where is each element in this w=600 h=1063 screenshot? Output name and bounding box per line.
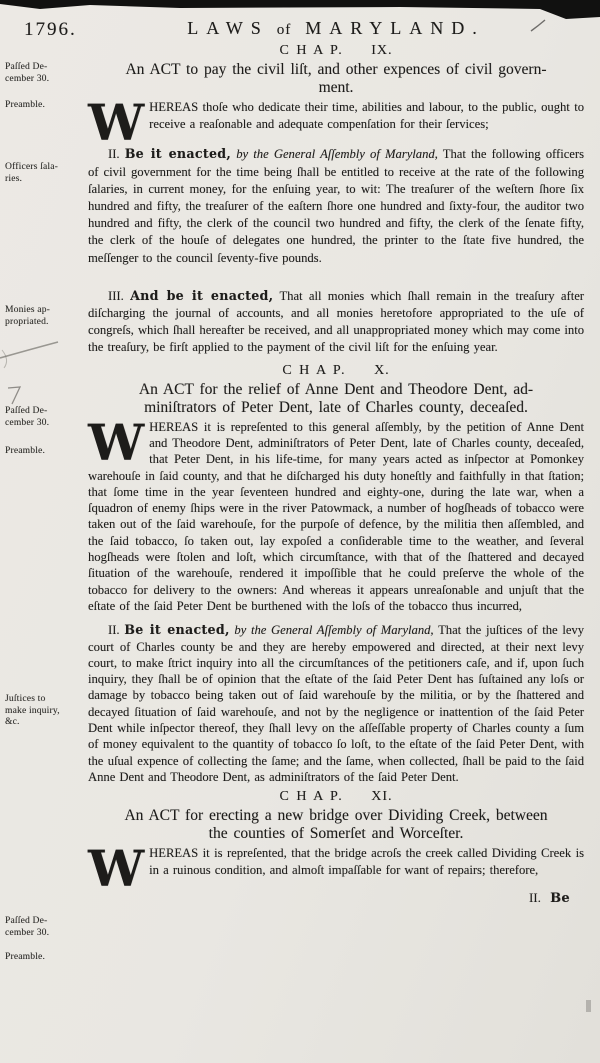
margin-note-monies-appropriated: Monies ap- propriated.: [5, 305, 85, 328]
chapter-heading-9: C H A P. IX.: [88, 43, 584, 59]
margin-note-line: make inquiry,: [5, 706, 85, 718]
margin-note-line: &c.: [5, 717, 85, 729]
chapter-heading-11: C H A P. XI.: [88, 789, 584, 805]
section-text: That the juſtices of the levy court of C…: [88, 623, 584, 784]
margin-note-justices-inquiry: Juſtices to make inquiry, &c.: [5, 694, 85, 729]
chapter-heading-label: C H A P.: [279, 789, 343, 804]
catchword: Be: [550, 891, 570, 906]
chapter-heading-label: C H A P.: [279, 43, 343, 58]
preamble-text: HEREAS thoſe who dedicate their time, ab…: [149, 100, 584, 131]
margin-note-line: ries.: [5, 174, 85, 186]
section-paragraph-9-2: II. Be it enacted, by the General Aſſemb…: [88, 145, 584, 266]
preamble-text: HEREAS it is repreſented, that the bridg…: [149, 846, 584, 877]
margin-note-line: cember 30.: [5, 418, 85, 430]
chapter-heading-label: C H A P.: [282, 363, 346, 378]
section-text: That the following officers of civil gov…: [88, 147, 584, 264]
catchword-line: II. Be: [88, 890, 584, 906]
enacting-authority: by the General Aſſembly of Maryland,: [234, 623, 433, 637]
margin-note-line: cember 30.: [5, 928, 85, 940]
margin-note-line: Preamble.: [5, 952, 85, 964]
chapter-heading-10: C H A P. X.: [88, 363, 584, 379]
section-number: III.: [108, 289, 124, 303]
margin-note-line: Paſſed De-: [5, 62, 85, 74]
section-paragraph-10-2: II. Be it enacted, by the General Aſſemb…: [88, 622, 584, 785]
page-year: 1796.: [24, 19, 77, 41]
act-title-line: miniſtrators of Peter Dent, late of Char…: [88, 399, 584, 417]
margin-note-line: propriated.: [5, 317, 85, 329]
margin-note-line: Officers ſala-: [5, 162, 85, 174]
preamble-paragraph-9: W HEREAS thoſe who dedicate their time, …: [88, 99, 584, 133]
chapter-heading-numeral: IX.: [371, 43, 392, 58]
act-title-line: An ACT for the relief of Anne Dent and T…: [88, 381, 584, 399]
preamble-paragraph-11: W HEREAS it is repreſented, that the bri…: [88, 845, 584, 879]
margin-note-preamble-chap9: Preamble.: [5, 100, 85, 112]
margin-note-passed-chap9: Paſſed De- cember 30.: [5, 62, 85, 85]
margin-note-line: Preamble.: [5, 100, 85, 112]
preamble-text: HEREAS it is repreſented to this general…: [88, 420, 584, 613]
chapter-heading-numeral: XI.: [371, 789, 392, 804]
act-title-11: An ACT for erecting a new bridge over Di…: [88, 807, 584, 843]
running-head-laws: LAWS: [187, 18, 269, 38]
margin-note-officers-salaries: Officers ſala- ries.: [5, 162, 85, 185]
enacting-authority: by the General Aſſembly of Maryland,: [236, 147, 438, 161]
margin-note-line: Preamble.: [5, 446, 85, 458]
scan-artifact-left-smudge: [0, 320, 70, 380]
margin-note-line: Juſtices to: [5, 694, 85, 706]
act-title-10: An ACT for the relief of Anne Dent and T…: [88, 381, 584, 417]
margin-note-line: Paſſed De-: [5, 406, 85, 418]
section-number: II.: [108, 147, 120, 161]
act-title-line: An ACT to pay the civil liſt, and other …: [88, 61, 584, 79]
section-number: II.: [108, 623, 120, 637]
act-title-9: An ACT to pay the civil liſt, and other …: [88, 61, 584, 97]
running-head: LAWS of MARYLAND.: [88, 18, 584, 39]
margin-note-preamble-chap10: Preamble.: [5, 446, 85, 458]
margin-note-passed-chap11: Paſſed De- cember 30.: [5, 916, 85, 939]
margin-note-line: Paſſed De-: [5, 916, 85, 928]
act-title-line: An ACT for erecting a new bridge over Di…: [88, 807, 584, 825]
margin-note-line: cember 30.: [5, 74, 85, 86]
running-head-of: of: [277, 22, 292, 38]
margin-note-passed-chap10: Paſſed De- cember 30.: [5, 406, 85, 429]
enacting-words: And be it enacted,: [130, 288, 273, 303]
margin-note-preamble-chap11: Preamble.: [5, 952, 85, 964]
text-column: LAWS of MARYLAND. C H A P. IX. An ACT to…: [88, 0, 584, 906]
drop-cap: W: [88, 419, 149, 464]
margin-note-line: Monies ap-: [5, 305, 85, 317]
drop-cap: W: [88, 845, 149, 890]
preamble-paragraph-10: W HEREAS it is repreſented to this gener…: [88, 419, 584, 615]
enacting-words: Be it enacted,: [125, 146, 231, 161]
running-head-maryland: MARYLAND.: [305, 18, 485, 38]
section-paragraph-9-3: III. And be it enacted, That all monies …: [88, 287, 584, 357]
enacting-words: Be it enacted,: [124, 622, 229, 637]
scan-artifact-edge-tick: [586, 1000, 591, 1012]
act-title-line: ment.: [88, 79, 584, 97]
act-title-line: the counties of Somerſet and Worceſter.: [88, 825, 584, 843]
drop-cap: W: [88, 99, 149, 144]
chapter-heading-numeral: X.: [374, 363, 390, 378]
signature-mark: II.: [529, 890, 541, 905]
scanned-document-page: 1796. Paſſed De- cember 30. Preamble. Of…: [0, 0, 600, 1063]
